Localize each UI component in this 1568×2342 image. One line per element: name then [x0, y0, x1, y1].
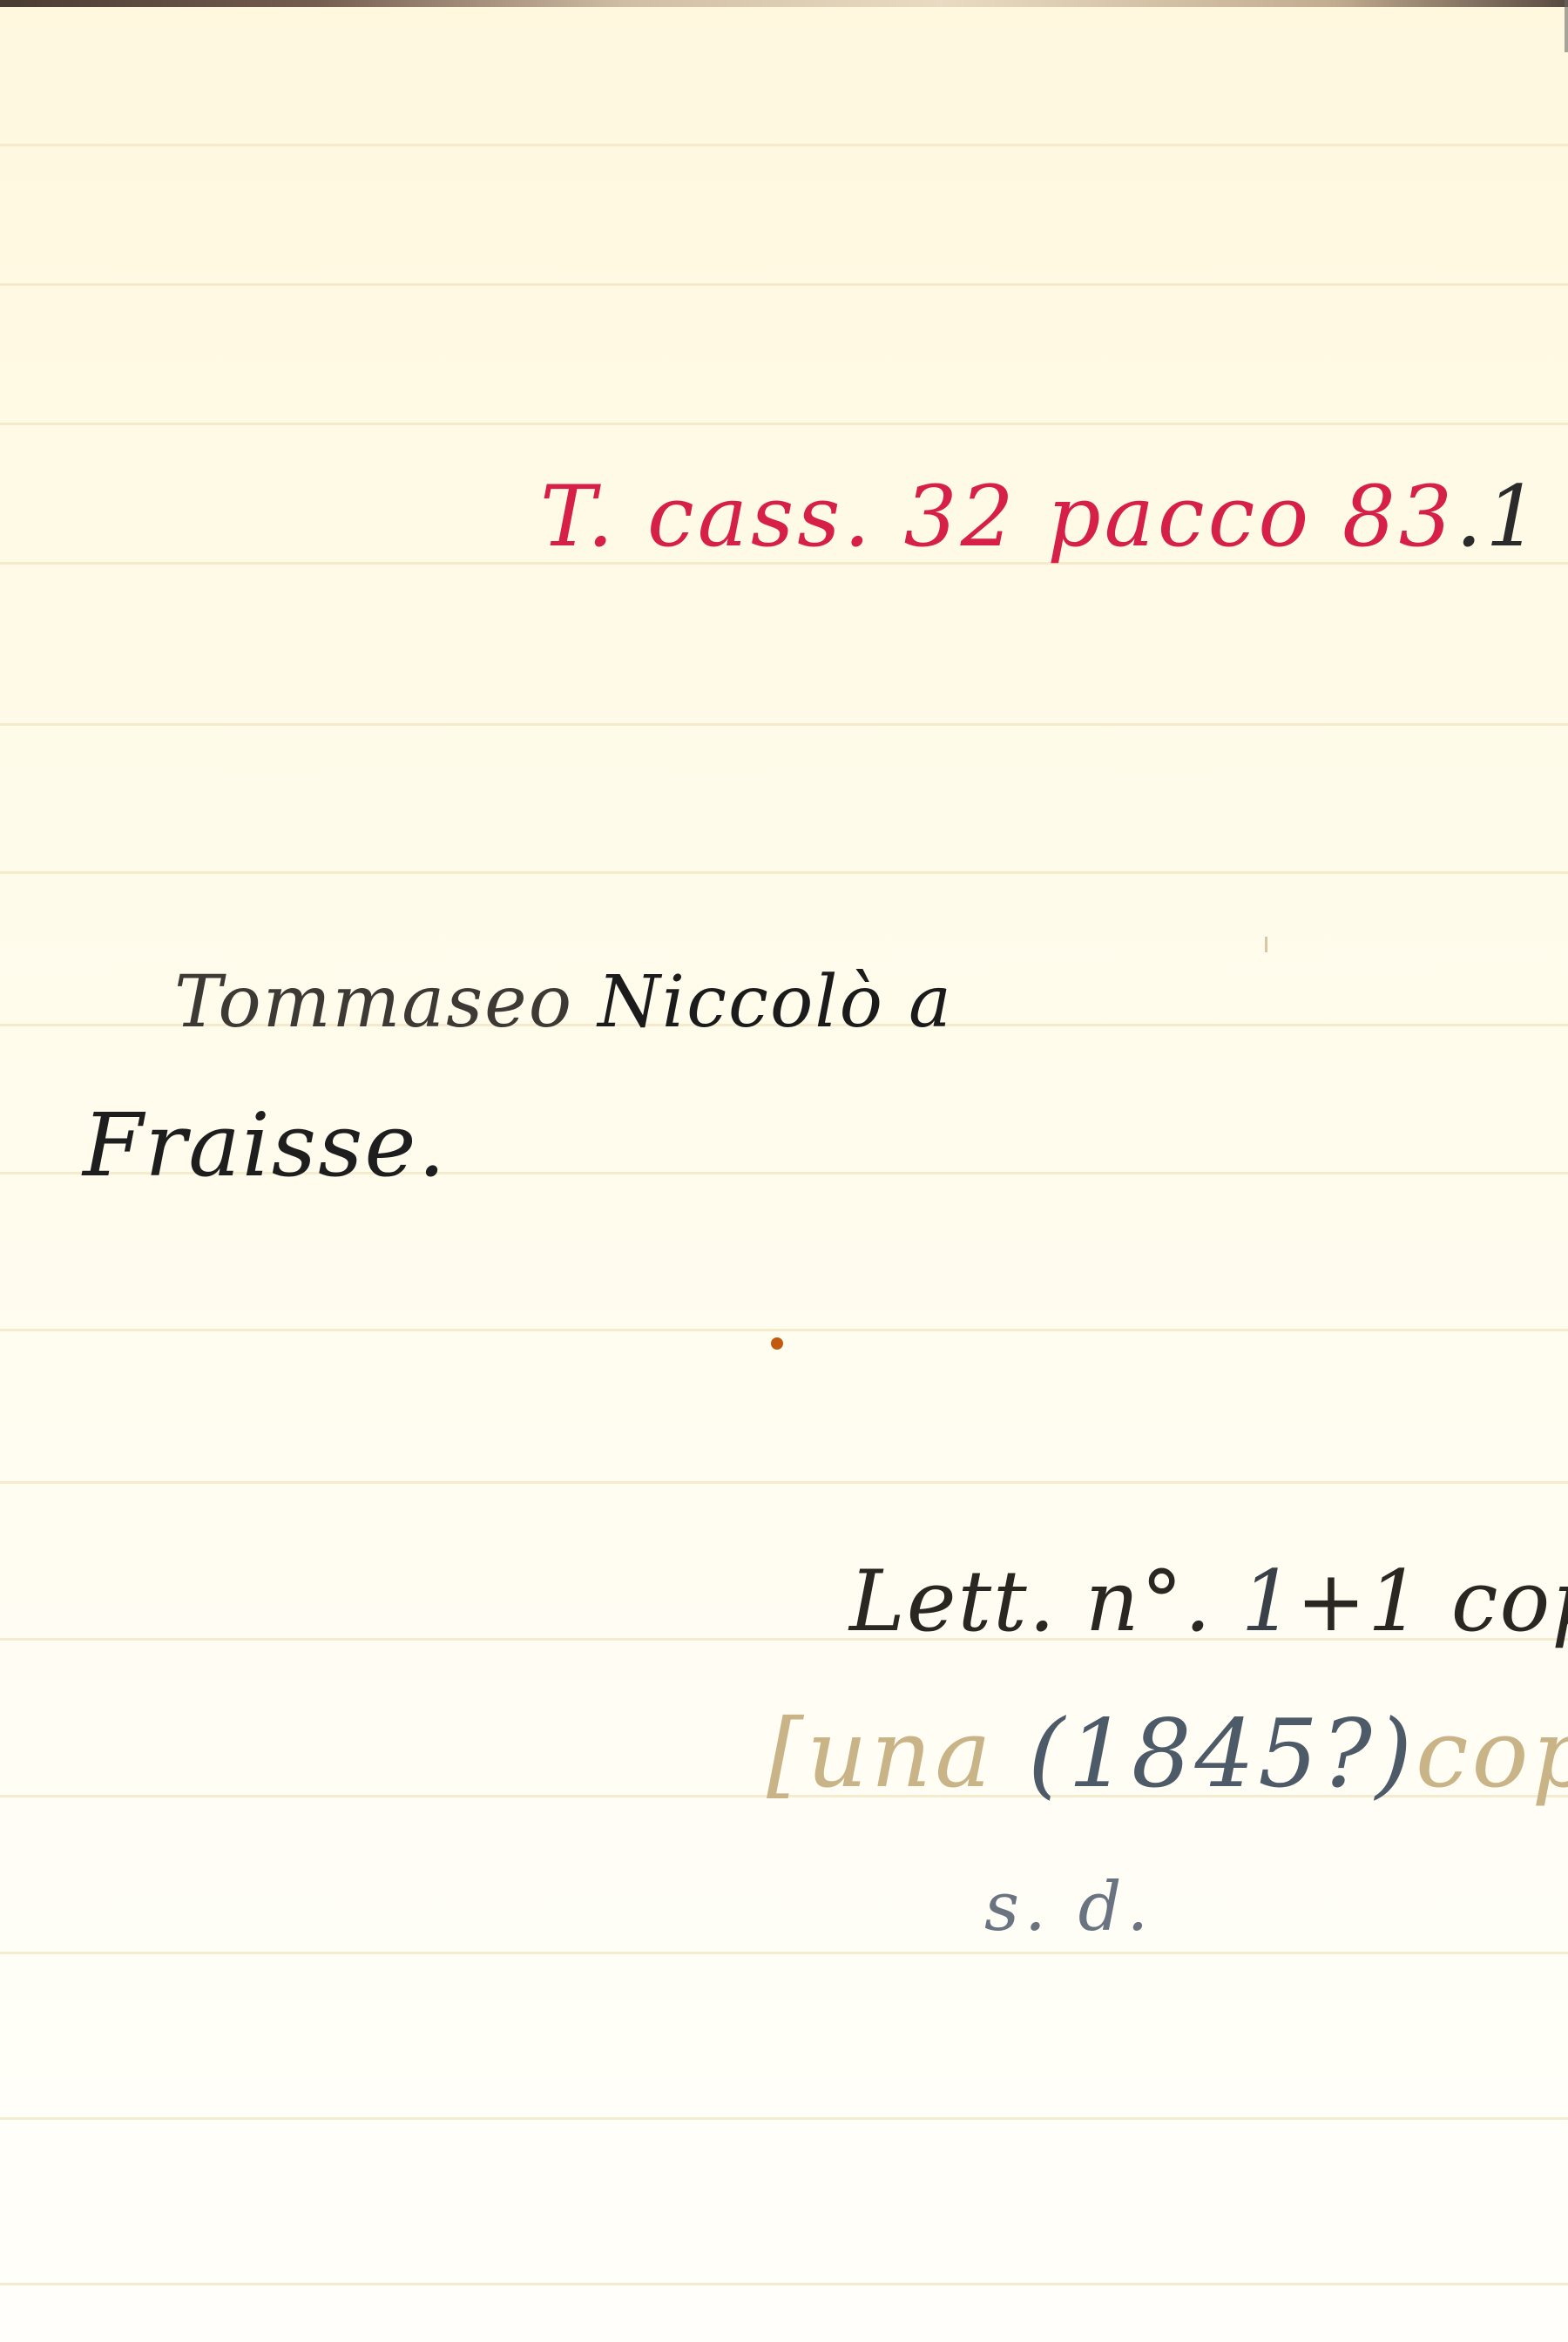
letter-count-suffix: +1 copia: [1296, 1553, 1568, 1650]
ruled-line: [0, 871, 1568, 874]
correspondence-title-line-1: Tommaseo Niccolò a: [174, 967, 953, 1039]
archive-reference-text: T. cass. 32 pacco 83: [540, 468, 1456, 565]
sender-surname: Tommaseo: [174, 961, 573, 1044]
date-pencil-note: copia]: [1416, 1700, 1568, 1809]
ruled-line: [0, 2283, 1568, 2285]
ruled-line: [0, 1329, 1568, 1331]
sender-name-and-preposition: Niccolò a: [573, 961, 953, 1044]
card-right-edge: [1565, 0, 1568, 52]
ruled-line: [0, 283, 1568, 286]
archive-reference: T. cass. 32 pacco 83.1: [540, 475, 1542, 558]
letter-count: Lett. n°. 1+1 copia: [849, 1560, 1568, 1643]
ruled-line: [0, 1481, 1568, 1484]
ruled-line: [0, 423, 1568, 425]
ruled-line: [0, 144, 1568, 146]
date-pencil-prefix: [una: [767, 1700, 1028, 1809]
archival-index-card: T. cass. 32 pacco 83.1 Tommaseo Niccolò …: [0, 0, 1568, 2342]
pencil-tick-mark: [1265, 937, 1267, 952]
date-annotation: [una (1845?)copia]: [767, 1708, 1568, 1802]
ink-dot-mark: [771, 1337, 783, 1350]
recipient-name: Fraisse.: [83, 1102, 447, 1189]
letter-count-prefix: Lett. n°.: [849, 1553, 1241, 1650]
date-value: (1845?): [1028, 1700, 1416, 1809]
ruled-line: [0, 1952, 1568, 1954]
ruled-line: [0, 2117, 1568, 2120]
sine-data-note: s. d.: [984, 1873, 1153, 1941]
archive-reference-suffix: .1: [1456, 468, 1543, 565]
letter-count-value: 1: [1241, 1553, 1296, 1650]
ruled-line: [0, 723, 1568, 726]
card-top-edge: [0, 0, 1568, 7]
